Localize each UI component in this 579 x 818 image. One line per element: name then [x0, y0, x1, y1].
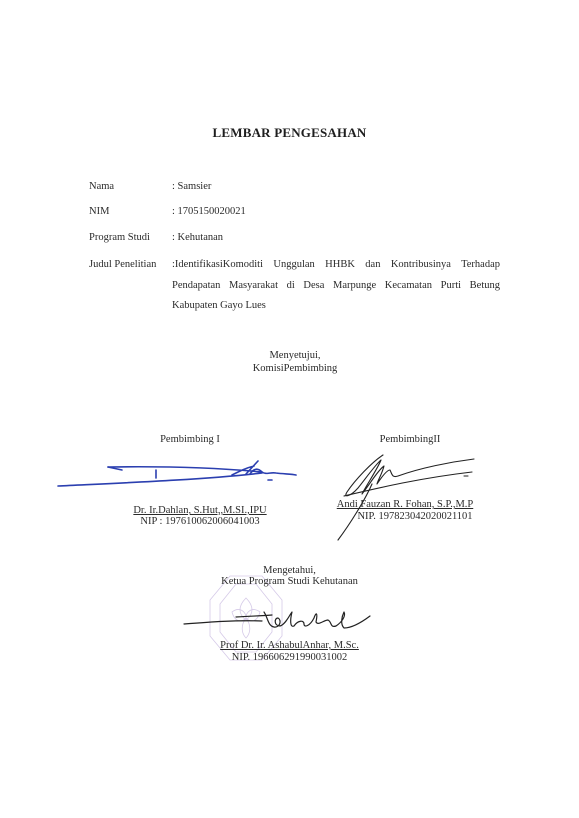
signature-3-icon: [0, 0, 579, 818]
acknowledgement-nip: NIP. 196606291990031002: [0, 652, 579, 663]
acknowledgement-name: Prof Dr. Ir. AshabulAnhar, M.Sc.: [0, 640, 579, 651]
